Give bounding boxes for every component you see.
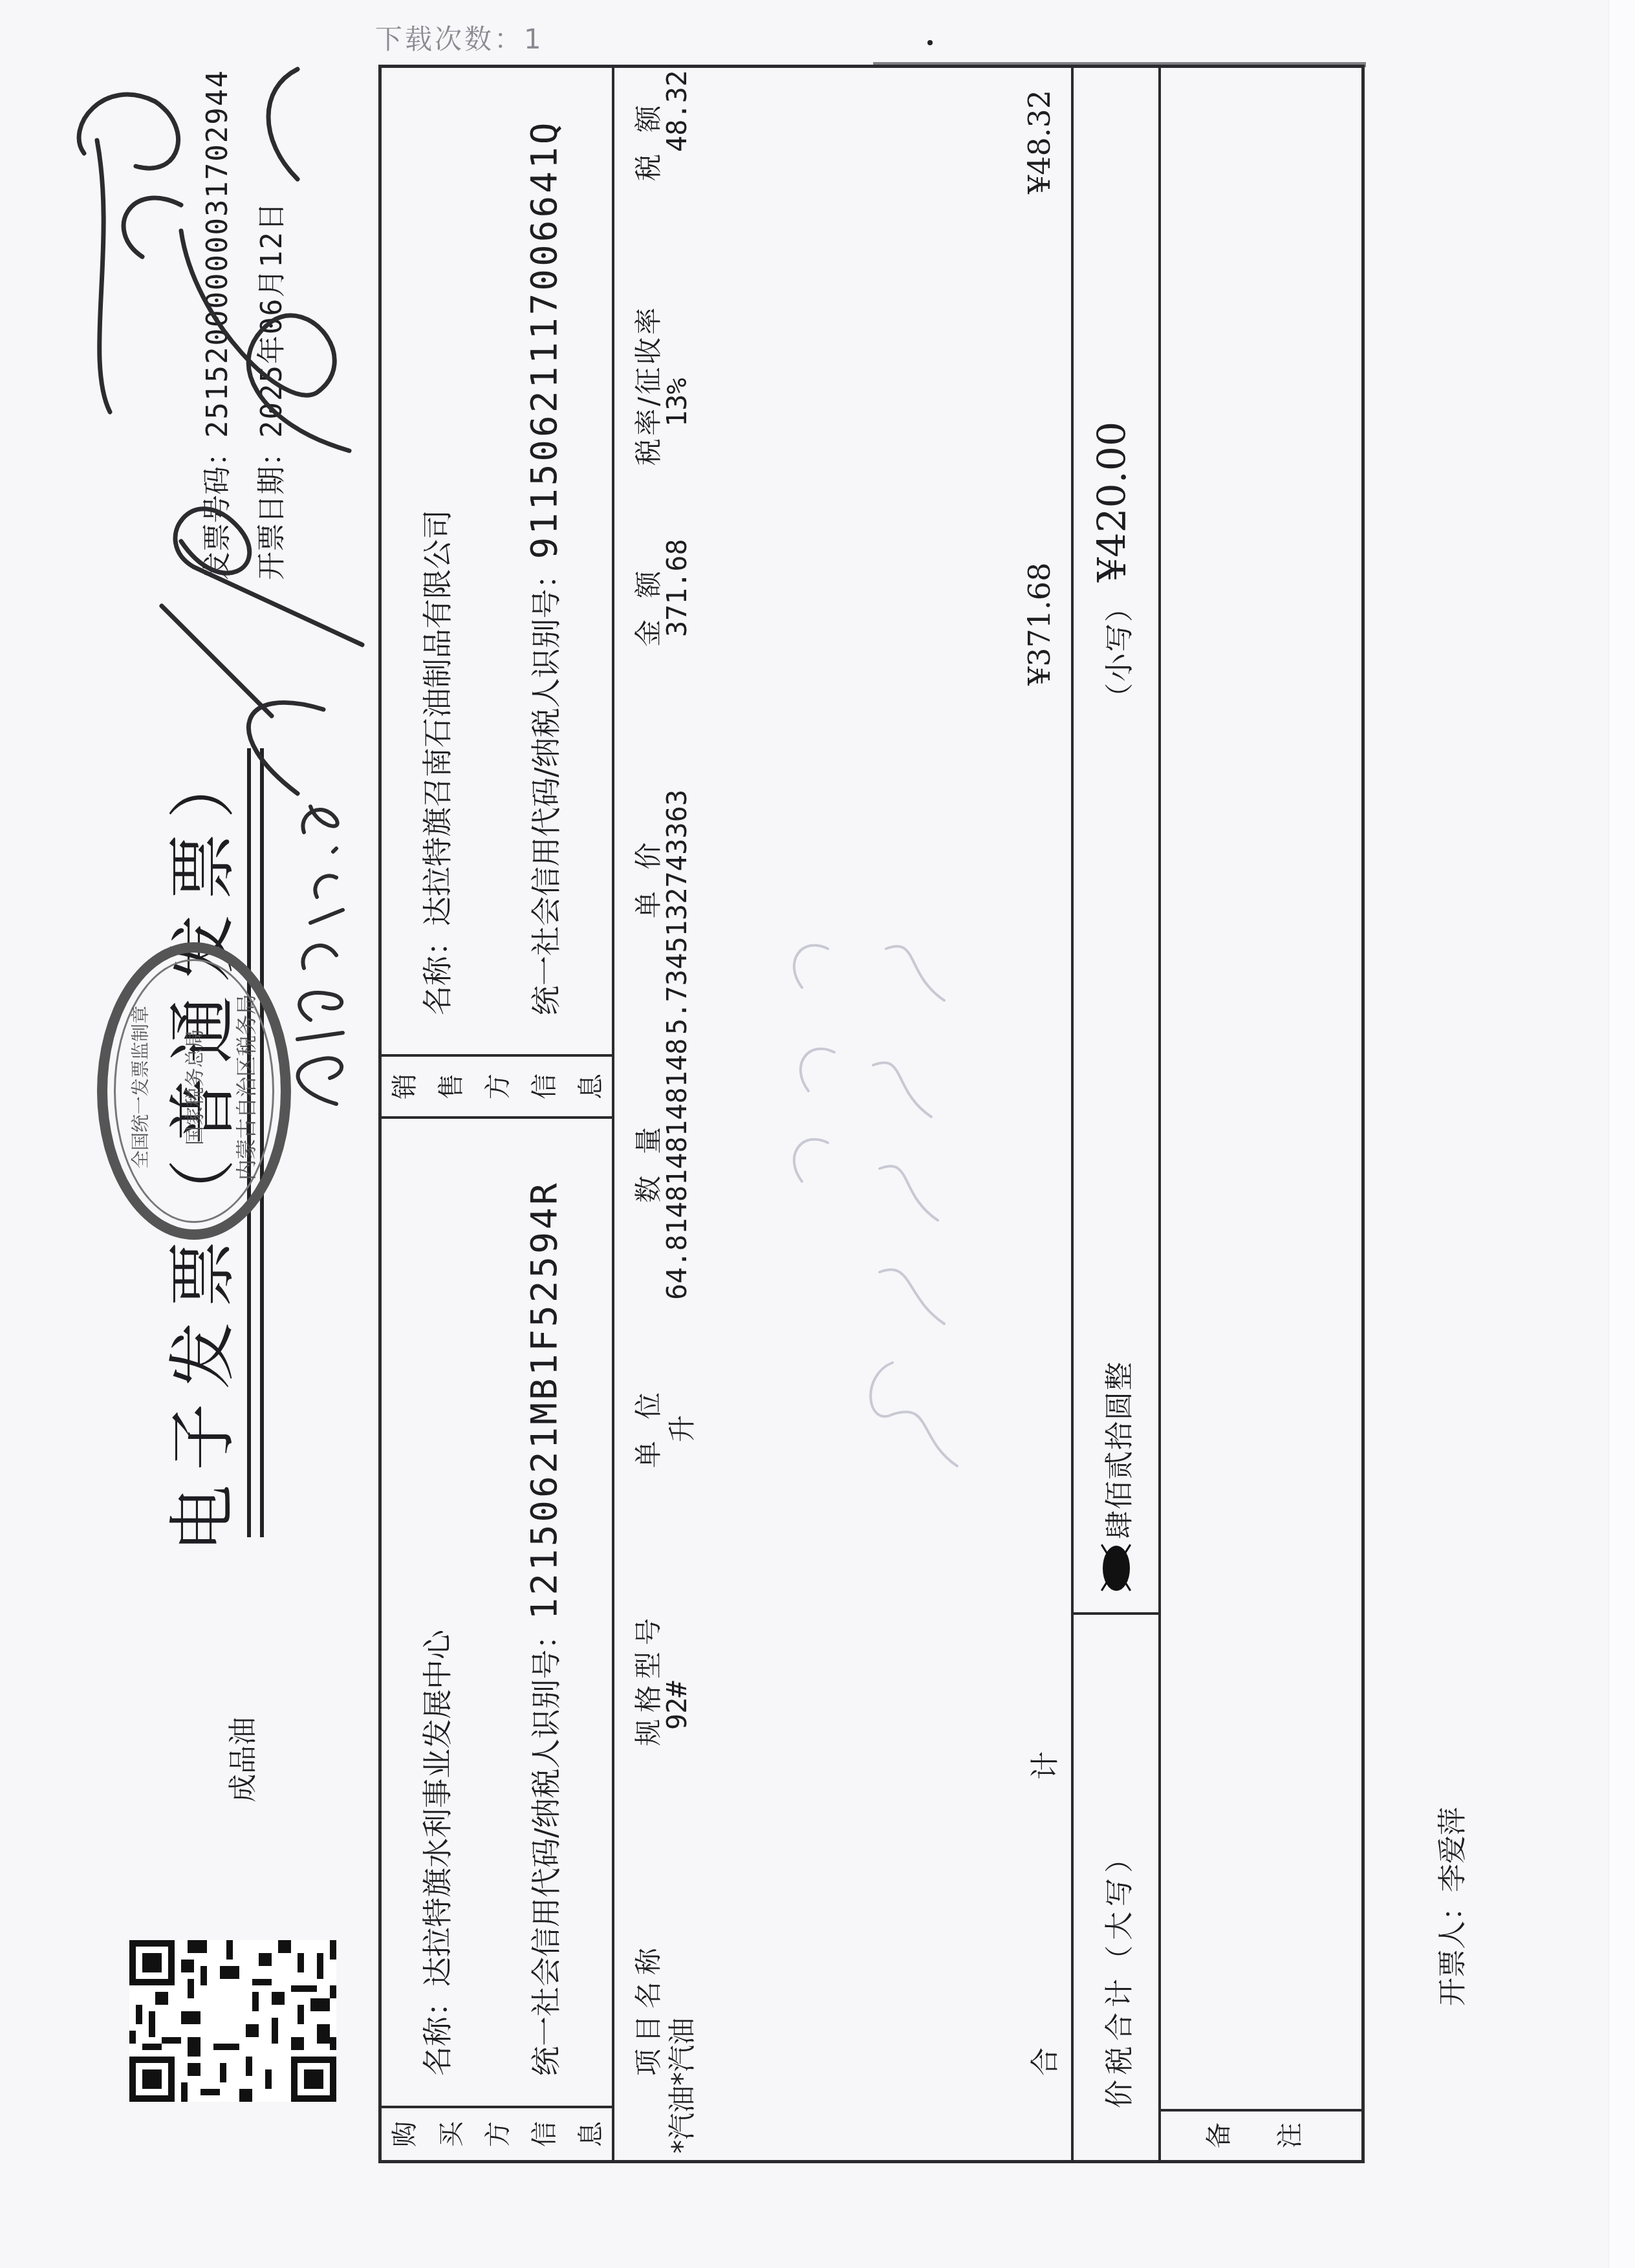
seal-bottom-text: 内蒙古自治区税务局 [230,984,260,1191]
invoice: 电子发票（普通发票） 全国统一发票监制章 国家税务总局 内蒙古自治区税务局 发票… [0,0,1635,2268]
item-quantity: 64.8148148148148 [661,1038,693,1300]
item-tax-rate: 13% [661,378,693,427]
issuer: 开票人：李爱萍 [1429,1807,1471,2006]
invoice-number-label: 发票号码： [201,438,234,580]
col-tax-rate: 税率/征收率 [627,305,666,466]
issuer-name: 李爱萍 [1436,1807,1469,1892]
subtotal-label: 合 计 [1022,1622,1063,2076]
item-name: *汽油*汽油 [661,2018,700,2154]
col-amount: 金 额 [627,565,666,647]
buyer-tax-id: 统一社会信用代码/纳税人识别号：12150621MB1F52594R [523,1181,565,2076]
buyer-name-value: 达拉特旗水利事业发展中心 [420,1630,455,1987]
buyer-tax-id-label: 统一社会信用代码/纳税人识别号： [528,1620,563,2077]
buyer-label-divider [382,2106,612,2108]
remarks-label: 备 注 [1184,2116,1326,2155]
seal-top-text: 全国统一发票监制章 [127,984,153,1191]
col-tax: 税 额 [627,99,666,181]
col-item-name: 项目名称 [627,1941,666,2076]
issuer-label: 开票人： [1436,1892,1469,2006]
seller-tax-id-label: 统一社会信用代码/纳税人识别号： [528,559,563,1016]
issue-date-label: 开票日期： [255,438,288,580]
item-amount: 371.68 [661,539,693,637]
row-divider [612,68,614,2160]
invoice-number-value: 25152000000031702944 [201,69,234,438]
tax-total: ¥48.32 [1022,90,1057,194]
seal-middle-text: 国家税务总局 [179,984,207,1191]
qr-code [129,1940,336,2102]
invoice-number: 发票号码：25152000000031702944 [194,69,235,580]
buyer-name-label: 名称： [420,1987,455,2076]
seller-section-label: 销售方信息 [382,1067,614,1106]
item-tax: 48.32 [661,70,693,152]
amount-total: ¥371.68 [1022,563,1057,686]
seller-name: 名称：达拉特旗召南石油制品有限公司 [414,510,457,1015]
grand-total-small-label: （小写） [1096,592,1138,711]
buyer-section-label: 购买方信息 [382,2115,614,2154]
issue-date: 开票日期：2025年06月12日 [248,201,290,580]
remarks-label-divider [1158,2109,1361,2111]
row-divider [1158,68,1161,2160]
col-quantity: 数 量 [627,1121,666,1203]
invoice-table: 购买方信息 名称：达拉特旗水利事业发展中心 统一社会信用代码/纳税人识别号：12… [378,65,1365,2163]
col-unit-price: 单 价 [627,836,666,918]
tax-seal: 全国统一发票监制章 国家税务总局 内蒙古自治区税务局 [97,942,291,1240]
seller-name-value: 达拉特旗召南石油制品有限公司 [420,510,455,926]
seller-tax-id: 统一社会信用代码/纳税人识别号：91150621117006641Q [523,120,565,1015]
issue-date-value: 2025年06月12日 [255,201,288,438]
seller-tax-id-value: 91150621117006641Q [523,120,565,559]
item-spec: 92# [661,1681,693,1730]
grand-total-words: 肆佰贰拾圆整 [1096,1361,1138,1539]
col-unit: 单 位 [627,1386,666,1468]
invoice-category: 成品油 [220,1717,261,1802]
buyer-tax-id-value: 12150621MB1F52594R [523,1181,565,1620]
grand-total-label: 价税合计（大写） [1096,1839,1138,2108]
col-spec: 规格型号 [627,1612,666,1746]
party-divider [382,1116,612,1119]
cancel-mark-icon [1099,1546,1132,1591]
row-divider [1071,68,1074,2160]
buyer-name: 名称：达拉特旗水利事业发展中心 [414,1630,457,2076]
seller-label-divider [382,1054,612,1057]
total-words-divider [1071,1612,1158,1615]
grand-total-value: ¥420.00 [1090,422,1135,582]
item-unit: 升 [661,1415,700,1442]
item-unit-price: 5.7345132743363 [661,790,693,1035]
seller-name-label: 名称： [420,926,455,1015]
